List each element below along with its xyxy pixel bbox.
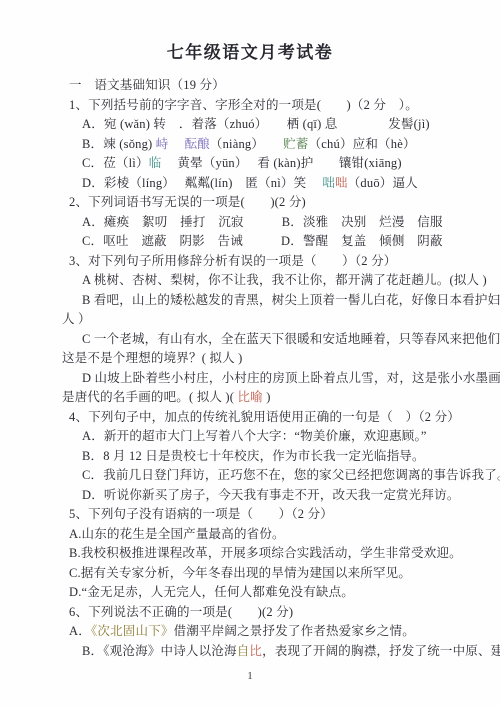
text-segment: 4、下列句子中，加点的传统礼貌用语使用正确的一句是（ ）（2 分） — [69, 410, 460, 424]
text-line: 2、下列词语书写无误的一项是( )(2 分) — [62, 193, 448, 213]
text-line: A．新开的超市大门上写着八个大字：“物美价廉，欢迎惠顾。” — [62, 427, 448, 447]
text-line: B．《观沧海》中诗人以沧海自比，表现了开阔的胸襟，抒发了统一中原、建功立 — [62, 642, 448, 662]
document-body: 一 语文基础知识（19 分）1、下列括号前的字字音、字形全对的一项是( )（2 … — [0, 63, 500, 661]
text-segment: D.“金无足赤，人无完人，任何人都难免没有缺点。 — [69, 585, 354, 599]
text-line: D．听说你新买了房子，今天我有事走不开，改天我一定赏光拜访。 — [62, 486, 448, 506]
highlighted-text: 酝酿 — [184, 137, 209, 151]
text-segment: A.山东的花生是全国产量最高的省份。 — [69, 527, 285, 541]
text-segment: 3、对下列句子所用修辞分析有误的一项是（ ）（2 分） — [69, 254, 396, 268]
text-line: C．我前几日登门拜访，正巧您不在，您的家父已经把您调离的事告诉我了。 — [62, 466, 448, 486]
highlighted-text: 《次北固山下》 — [91, 624, 174, 638]
text-segment: A．宛 (wǎn) 转 ．着落（zhuó） 栖 (qī) 息 发髻(jì) — [82, 117, 430, 131]
text-line: A．宛 (wǎn) 转 ．着落（zhuó） 栖 (qī) 息 发髻(jì) — [62, 115, 448, 135]
text-segment: D 山坡上卧着些小村庄，小村庄的房顶上卧着点儿雪，对，这是张小水墨画，也许 — [82, 371, 500, 385]
text-segment: C．呕吐 遮蔽 阴影 告诫 D．警醒 复盖 倾侧 阴蔽 — [82, 234, 443, 248]
text-line: B．竦 (sǒng) 峙 酝酿（niàng） 贮蓄（chú）应和（hè） — [62, 135, 448, 155]
text-line: D．彩棱（líng） 粼粼(lín) 匿（nì）笑 咄咄（duō）逼人 — [62, 174, 448, 194]
text-segment: ) — [263, 390, 271, 404]
text-segment: B．竦 (sǒng) — [82, 137, 156, 151]
text-segment: 是唐代的名手画的吧。( 拟人 )( — [62, 390, 237, 404]
text-segment: D．彩棱（líng） 粼粼(lín) 匿（nì）笑 — [82, 176, 322, 190]
text-segment: 人 ） — [62, 312, 91, 326]
text-segment: 6、下列说法不正确的一项是( )(2 分) — [69, 605, 293, 619]
text-segment: A．新开的超市大门上写着八个大字：“物美价廉，欢迎惠顾。” — [82, 429, 427, 443]
text-segment: C．莅（lì） — [82, 156, 149, 170]
text-line: 1、下列括号前的字字音、字形全对的一项是( )（2 分 ）。 — [62, 96, 448, 116]
text-segment: （niàng） — [210, 137, 283, 151]
text-line: C．莅（lì）临 黄晕（yūn） 看 (kàn)护 镶钳(xiāng) — [62, 154, 448, 174]
text-segment: B．8 月 12 日是贵校七十年校庆，作为市长我一定光临指导。 — [82, 449, 425, 463]
text-line: 一 语文基础知识（19 分） — [62, 76, 448, 96]
text-segment: 2、下列词语书写无误的一项是( )(2 分) — [69, 195, 306, 209]
text-line: 人 ） — [62, 310, 448, 330]
highlighted-text: 峙 — [156, 137, 169, 151]
text-line: 这是不是个理想的境界？( 拟人 ) — [62, 349, 448, 369]
text-segment: 一 语文基础知识（19 分） — [69, 78, 225, 92]
text-line: B．8 月 12 日是贵校七十年校庆，作为市长我一定光临指导。 — [62, 447, 448, 467]
document-title: 七年级语文月考试卷 — [0, 0, 500, 63]
text-segment: A． — [69, 624, 91, 638]
highlighted-text: 咄 — [322, 176, 335, 190]
text-line: C 一个老城，有山有水，全在蓝天下很暖和安适地睡着，只等春风来把他们唤醒， — [62, 330, 448, 350]
text-segment — [168, 137, 184, 151]
text-line: C．呕吐 遮蔽 阴影 告诫 D．警醒 复盖 倾侧 阴蔽 — [62, 232, 448, 252]
text-line: B.我校积极推进课程改革，开展多项综合实践活动，学生非常受欢迎。 — [62, 544, 448, 564]
text-line: A．瘫痪 絮叨 捶打 沉寂 B．淡雅 决别 烂漫 信服 — [62, 213, 448, 233]
text-segment: D．听说你新买了房子，今天我有事走不开，改天我一定赏光拜访。 — [82, 488, 460, 502]
text-line: 5、下列句子没有语病的一项是（ ）（2 分） — [62, 505, 448, 525]
text-line: A.山东的花生是全国产量最高的省份。 — [62, 525, 448, 545]
text-segment: A．瘫痪 絮叨 捶打 沉寂 B．淡雅 决别 烂漫 信服 — [82, 215, 443, 229]
page-number: 1 — [0, 670, 500, 682]
text-line: D.“金无足赤，人无完人，任何人都难免没有缺点。 — [62, 583, 448, 603]
text-segment: A 桃树、杏树、梨树，你不让我，我不让你，都开满了花赶趟儿。(拟人 ) — [82, 273, 487, 287]
highlighted-text: 比喻 — [237, 390, 262, 404]
highlighted-text: 临 — [149, 156, 162, 170]
text-segment: C．我前几日登门拜访，正巧您不在，您的家父已经把您调离的事告诉我了。 — [82, 468, 500, 482]
text-segment: ，表现了开阔的胸襟，抒发了统一中原、建功立 — [262, 644, 500, 658]
text-segment: B 看吧，山上的矮松越发的青黑，树尖上顶着一髻儿白花，好像日本看护妇。( 拟 — [82, 293, 500, 307]
text-segment: （duō）逼人 — [348, 176, 418, 190]
text-line: 是唐代的名手画的吧。( 拟人 )( 比喻 ) — [62, 388, 448, 408]
highlighted-text: 比 — [249, 644, 262, 658]
text-segment: 5、下列句子没有语病的一项是（ ）（2 分） — [69, 507, 333, 521]
text-segment: B.我校积极推进课程改革，开展多项综合实践活动，学生非常受欢迎。 — [69, 546, 462, 560]
highlighted-text: 自 — [237, 644, 250, 658]
exam-paper-page: 七年级语文月考试卷 一 语文基础知识（19 分）1、下列括号前的字字音、字形全对… — [0, 0, 500, 706]
text-segment: 1、下列括号前的字字音、字形全对的一项是( )（2 分 ）。 — [69, 98, 418, 112]
text-line: 6、下列说法不正确的一项是( )(2 分) — [62, 603, 448, 623]
text-segment: （chú）应和（hè） — [309, 137, 416, 151]
text-segment: 借潮平岸阔之景抒发了作者热爱家乡之情。 — [174, 624, 415, 638]
text-line: B 看吧，山上的矮松越发的青黑，树尖上顶着一髻儿白花，好像日本看护妇。( 拟 — [62, 291, 448, 311]
highlighted-text: 贮蓄 — [283, 137, 308, 151]
text-line: 3、对下列句子所用修辞分析有误的一项是（ ）（2 分） — [62, 252, 448, 272]
text-line: 4、下列句子中，加点的传统礼貌用语使用正确的一句是（ ）（2 分） — [62, 408, 448, 428]
text-line: A．《次北固山下》借潮平岸阔之景抒发了作者热爱家乡之情。 — [62, 622, 448, 642]
text-segment: 这是不是个理想的境界？( 拟人 ) — [62, 351, 242, 365]
text-segment: C 一个老城，有山有水，全在蓝天下很暖和安适地睡着，只等春风来把他们唤醒， — [82, 332, 500, 346]
highlighted-text: 咄 — [335, 176, 348, 190]
text-line: C.据有关专家分析，今年冬春出现的旱情为建国以来所罕见。 — [62, 564, 448, 584]
text-line: A 桃树、杏树、梨树，你不让我，我不让你，都开满了花赶趟儿。(拟人 ) — [62, 271, 448, 291]
text-segment: 黄晕（yūn） 看 (kàn)护 镶钳(xiāng) — [161, 156, 401, 170]
text-segment: C.据有关专家分析，今年冬春出现的旱情为建国以来所罕见。 — [69, 566, 411, 580]
text-segment: B．《观沧海》中诗人以沧海 — [82, 644, 237, 658]
text-line: D 山坡上卧着些小村庄，小村庄的房顶上卧着点儿雪，对，这是张小水墨画，也许 — [62, 369, 448, 389]
